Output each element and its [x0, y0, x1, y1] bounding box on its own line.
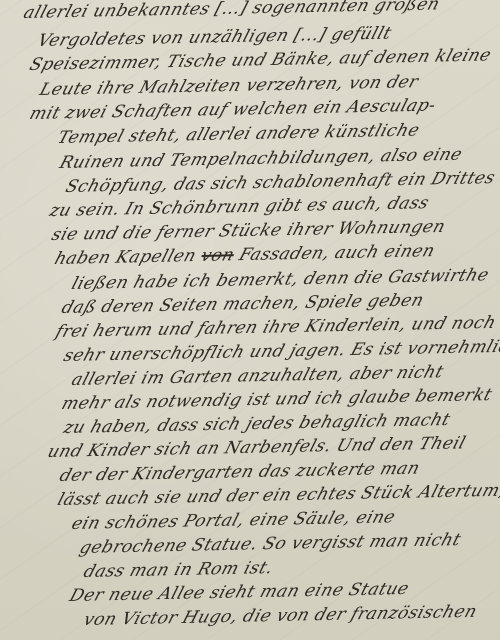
manuscript-line: mit zwei Schaften auf welchen ein Aescul… [27, 98, 437, 123]
line-segment: Fassaden, auch einen [231, 241, 438, 265]
manuscript-page: allerlei unbekanntes [...] sogenannten g… [0, 0, 500, 640]
manuscript-line: Vergoldetes von unzähligen [...] gefüllt [35, 26, 393, 50]
manuscript-line: Speisezimmer, Tische und Bänke, auf dene… [27, 47, 493, 74]
manuscript-line: der der Kindergarten das zuckerte man [57, 461, 421, 485]
manuscript-line: sehr unerschöpflich und jagen. Es ist vo… [61, 339, 500, 365]
manuscript-line: frei herum und fahren ihre Kinderlein, u… [53, 315, 498, 341]
manuscript-line: zu sein. In Schönbrunn gibt es auch, das… [47, 195, 430, 220]
manuscript-line: zu haben, dass sich jedes behaglich mach… [61, 412, 452, 437]
manuscript-line: Schöpfung, das sich schablonenhaft ein D… [63, 170, 497, 196]
manuscript-line: Leute ihre Mahlzeiten verzehren, von der [37, 74, 420, 99]
manuscript-line: Der neue Allee sieht man eine Statue [67, 581, 410, 605]
manuscript-line: daß deren Seiten machen, Spiele geben [59, 292, 425, 317]
manuscript-line: allerlei im Garten anzuhalten, aber nich… [69, 364, 445, 389]
manuscript-line: dass man in Rom ist. [81, 560, 275, 581]
manuscript-line: sie und die ferner Stücke ihrer Wohnunge… [49, 219, 447, 244]
manuscript-line: haben Kapellen von Fassaden, auch einen [52, 243, 436, 268]
manuscript-line: Ruinen und Tempelnachbildungen, also ein… [57, 147, 464, 172]
manuscript-line: Tempel steht, allerlei andere künstliche [55, 122, 421, 147]
manuscript-line: ein schönes Portal, eine Säule, eine [69, 509, 397, 533]
manuscript-line: von Victor Hugo, die von der französisch… [81, 604, 478, 629]
manuscript-line: ließen habe ich bemerkt, denn die Gastwi… [69, 267, 490, 293]
manuscript-line: und Kinder sich an Narbenfels. Und den T… [45, 435, 467, 461]
manuscript-line: gebrochene Statue. So vergisst man nicht [77, 532, 462, 557]
line-segment: haben Kapellen [52, 246, 204, 269]
manuscript-line: lässt auch sie und der ein echtes Stück … [55, 483, 500, 509]
manuscript-line: allerlei unbekanntes [...] sogenannten g… [21, 0, 441, 22]
manuscript-line: mehr als notwendig ist und ich glaube be… [59, 387, 494, 413]
